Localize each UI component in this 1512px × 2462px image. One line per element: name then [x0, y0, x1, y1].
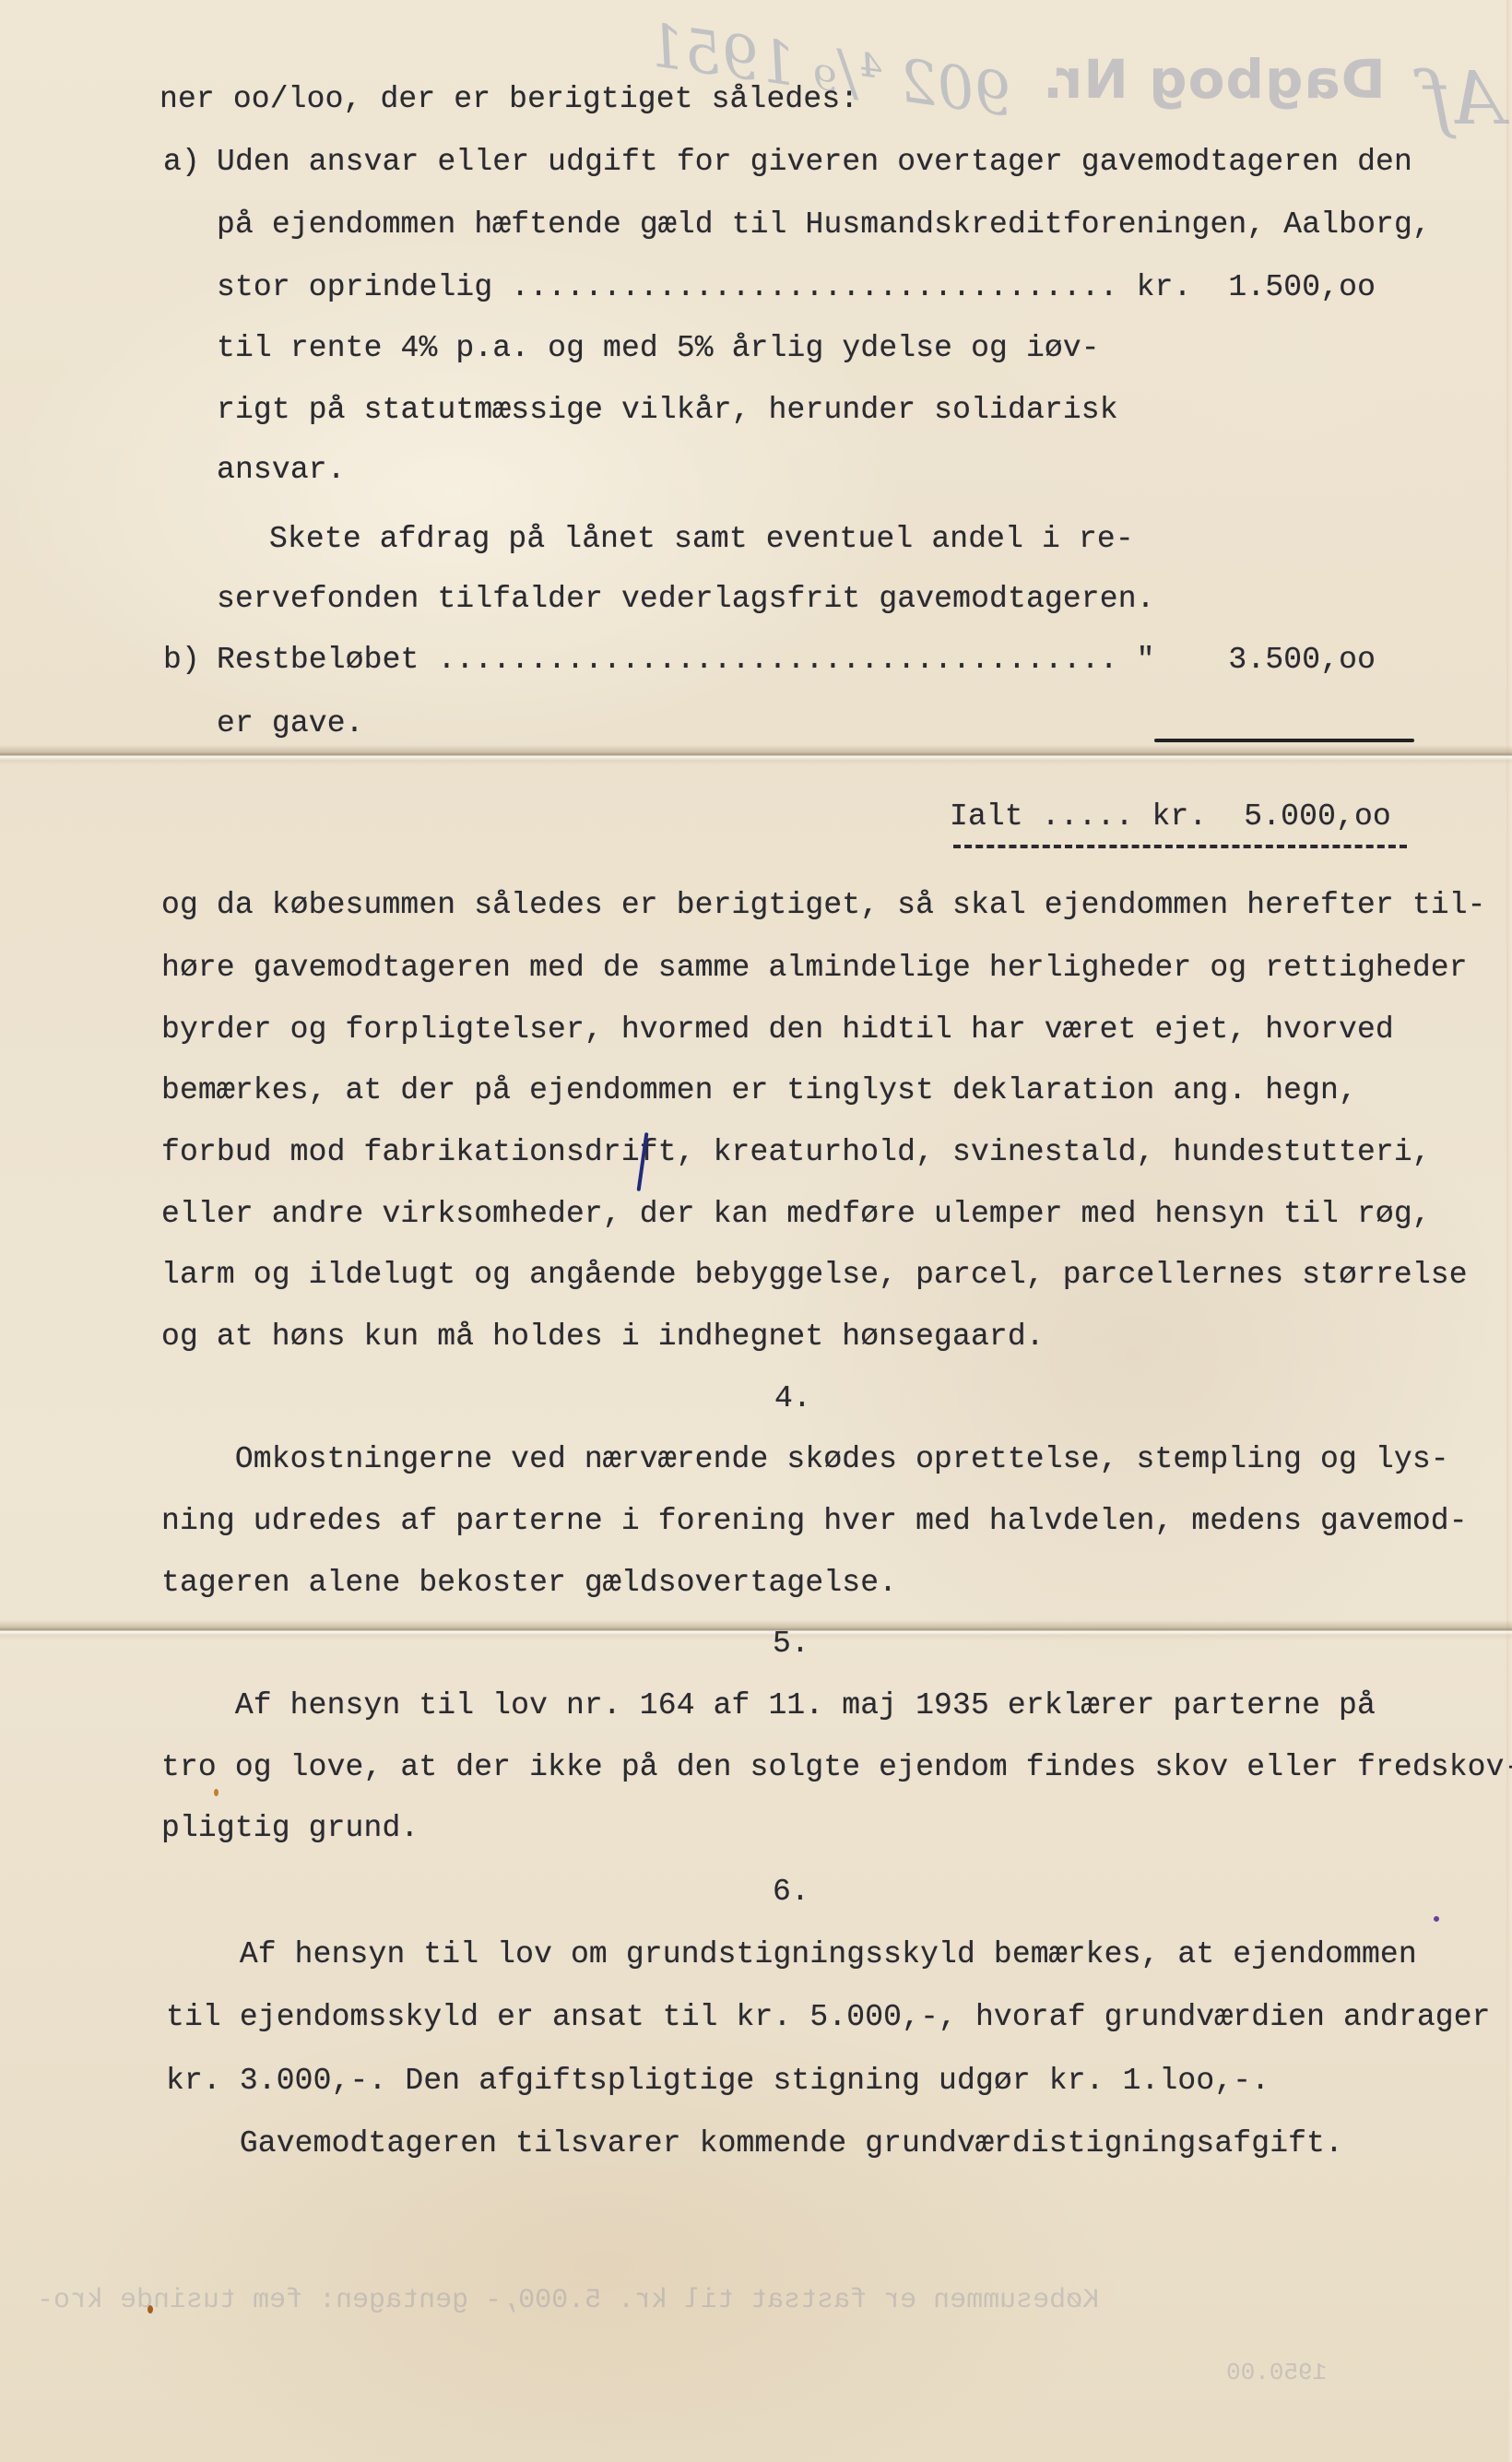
paragraph-line-7: larm og ildelugt og angående bebyggelse,…	[161, 1257, 1468, 1294]
bleed-through-small: 1950.00	[1226, 2359, 1327, 2386]
item-a-line-5: rigt på statutmæssige vilkår, herunder s…	[217, 392, 1118, 429]
paper-fold-1	[0, 745, 1512, 765]
section-5-line-2: tro og love, at der ikke på den solgte e…	[161, 1749, 1512, 1786]
subtotal-rule	[1154, 739, 1414, 742]
section-6-line-2: til ejendomsskyld er ansat til kr. 5.000…	[166, 1999, 1491, 2036]
item-b-marker: b)	[163, 642, 200, 679]
paragraph-line-1: og da købesummen således er berigtiget, …	[161, 887, 1486, 924]
item-a-line-6: ansvar.	[217, 452, 346, 489]
section-5-line-3: pligtig grund.	[161, 1810, 419, 1847]
total-double-rule	[953, 845, 1407, 848]
intro-line: ner oo/loo, der er berigtiget således:	[159, 81, 858, 118]
paragraph-line-6: eller andre virksomheder, der kan medfør…	[161, 1196, 1431, 1233]
bleed-through-handwriting-right: Af	[1424, 55, 1504, 141]
paper-fold-2	[0, 1620, 1512, 1640]
section-4-number: 4.	[774, 1380, 811, 1417]
item-a-line-1: Uden ansvar eller udgift for giveren ove…	[217, 144, 1412, 181]
item-a-marker: a)	[163, 144, 200, 181]
item-a-line-2: på ejendommen hæftende gæld til Husmands…	[217, 207, 1431, 243]
section-6-number: 6.	[773, 1874, 809, 1911]
ink-speck	[1434, 1916, 1439, 1922]
section-4-line-2: ning udredes af parterne i forening hver…	[161, 1503, 1468, 1540]
paragraph-line-5: forbud mod fabrikationsdrift, kreaturhol…	[161, 1134, 1431, 1171]
paragraph-line-8: og at høns kun må holdes i indhegnet høn…	[161, 1319, 1045, 1355]
item-b-continuation: er gave.	[217, 705, 364, 742]
item-a-note-2: servefonden tilfalder vederlagsfrit gave…	[217, 581, 1155, 618]
item-b-amount-line: Restbeløbet ............................…	[217, 642, 1376, 679]
paragraph-line-4: bemærkes, at der på ejendommen er tingly…	[161, 1072, 1357, 1109]
total-line: Ialt ..... kr. 5.000,oo	[950, 799, 1391, 835]
paragraph-line-3: byrder og forpligtelser, hvormed den hid…	[161, 1012, 1394, 1048]
item-a-note-1: Skete afdrag på lånet samt eventuel ande…	[269, 521, 1134, 558]
section-6-line-1: Af hensyn til lov om grundstigningsskyld…	[166, 1936, 1417, 1973]
paragraph-line-2: høre gavemodtageren med de samme alminde…	[161, 950, 1468, 987]
paper-edge	[1506, 0, 1512, 2462]
section-6-line-4: Gavemodtageren tilsvarer kommende grundv…	[166, 2125, 1343, 2162]
section-5-number: 5.	[773, 1626, 809, 1663]
section-6-line-3: kr. 3.000,-. Den afgiftspligtige stignin…	[166, 2063, 1270, 2100]
bleed-through-stamp: Dagbog Nr.	[1042, 48, 1386, 111]
section-4-line-1: Omkostningerne ved nærværende skødes opr…	[161, 1441, 1449, 1478]
section-5-line-1: Af hensyn til lov nr. 164 af 11. maj 193…	[161, 1687, 1376, 1724]
bleed-through-line: Købesummen er fastsat til kr. 5.000,- ge…	[37, 2285, 1099, 2316]
stain-speck	[148, 2305, 153, 2314]
item-a-amount-line: stor oprindelig ........................…	[217, 269, 1376, 306]
stain-speck-2	[214, 1789, 219, 1796]
item-a-line-4: til rente 4% p.a. og med 5% årlig ydelse…	[217, 330, 1100, 367]
section-4-line-3: tageren alene bekoster gældsovertagelse.	[161, 1565, 897, 1602]
